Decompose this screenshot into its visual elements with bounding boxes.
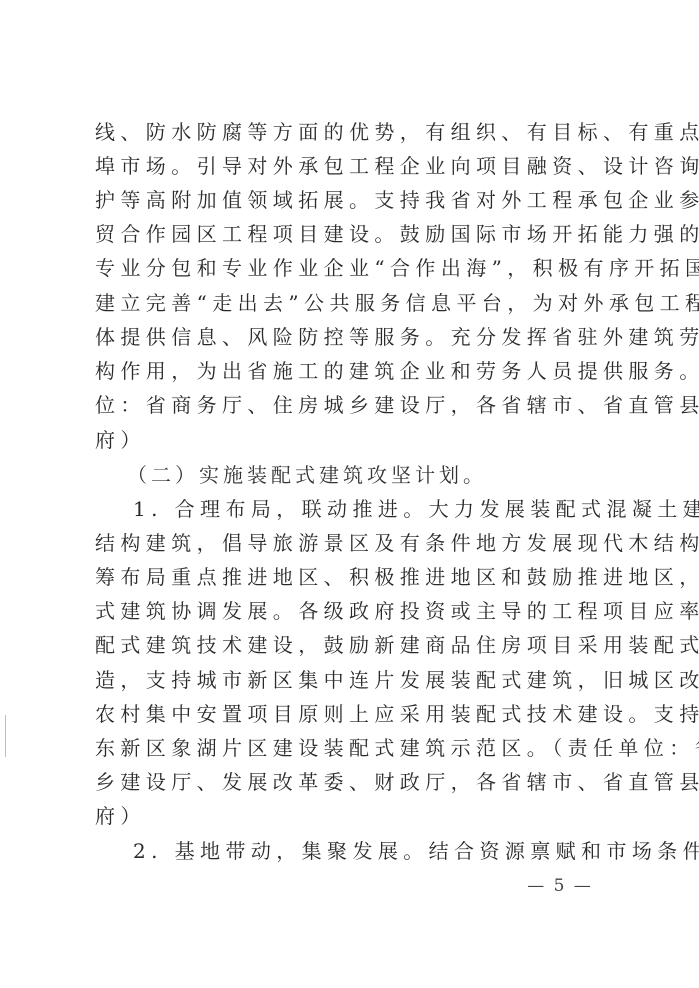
item1-line: 配式建筑技术建设，鼓励新建商品住房项目采用装配式技术建: [95, 628, 605, 662]
section-heading: （二）实施装配式建筑攻坚计划。: [127, 458, 599, 492]
item2-line: 2. 基地带动，集聚发展。结合资源禀赋和市场条件，引导: [133, 834, 605, 868]
paragraph-line: 贸合作园区工程项目建设。鼓励国际市场开拓能力强的企业带动: [95, 217, 605, 251]
paragraph-line: 位：省商务厅、住房城乡建设厅，各省辖市、省直管县〔市〕政: [95, 388, 605, 422]
item1-line: 府）: [95, 799, 605, 833]
page-number: — 5 —: [520, 872, 600, 900]
item1-line: 结构建筑，倡导旅游景区及有条件地方发展现代木结构建筑。统: [95, 526, 605, 560]
item1-line: 东新区象湖片区建设装配式建筑示范区。（责任单位：省住房城: [95, 731, 605, 765]
paragraph-line: 埠市场。引导对外承包工程企业向项目融资、设计咨询、运营维: [95, 149, 605, 183]
paragraph-line: 府）: [95, 423, 605, 457]
item1-line: 乡建设厅、发展改革委、财政厅，各省辖市、省直管县〔市〕政: [95, 765, 605, 799]
paragraph-line: 体提供信息、风险防控等服务。充分发挥省驻外建筑劳务管理机: [95, 320, 605, 354]
paragraph-line: 构作用，为出省施工的建筑企业和劳务人员提供服务。（责任单: [95, 354, 605, 388]
item1-line: 式建筑协调发展。各级政府投资或主导的工程项目应率先采用装: [95, 594, 605, 628]
paragraph-line: 专业分包和专业作业企业“合作出海”，积极有序开拓国际市场。: [95, 251, 605, 285]
item1-line: 1. 合理布局，联动推进。大力发展装配式混凝土建筑和钢: [133, 492, 605, 526]
paragraph-line: 线、防水防腐等方面的优势，有组织、有目标、有重点地开拓外: [95, 115, 605, 149]
paragraph-line: 建立完善“走出去”公共服务信息平台，为对外承包工程经营主: [95, 286, 605, 320]
document-page: 线、防水防腐等方面的优势，有组织、有目标、有重点地开拓外 埠市场。引导对外承包工…: [0, 0, 699, 988]
item1-line: 造，支持城市新区集中连片发展装配式建筑，旧城区改造项目、: [95, 663, 605, 697]
item1-line: 农村集中安置项目原则上应采用装配式技术建设。支持郑州市郑: [95, 697, 605, 731]
item1-line: 筹布局重点推进地区、积极推进地区和鼓励推进地区，推动装配: [95, 560, 605, 594]
paragraph-line: 护等高附加值领域拓展。支持我省对外工程承包企业参与境外经: [95, 183, 605, 217]
scan-margin-mark: [5, 715, 8, 757]
